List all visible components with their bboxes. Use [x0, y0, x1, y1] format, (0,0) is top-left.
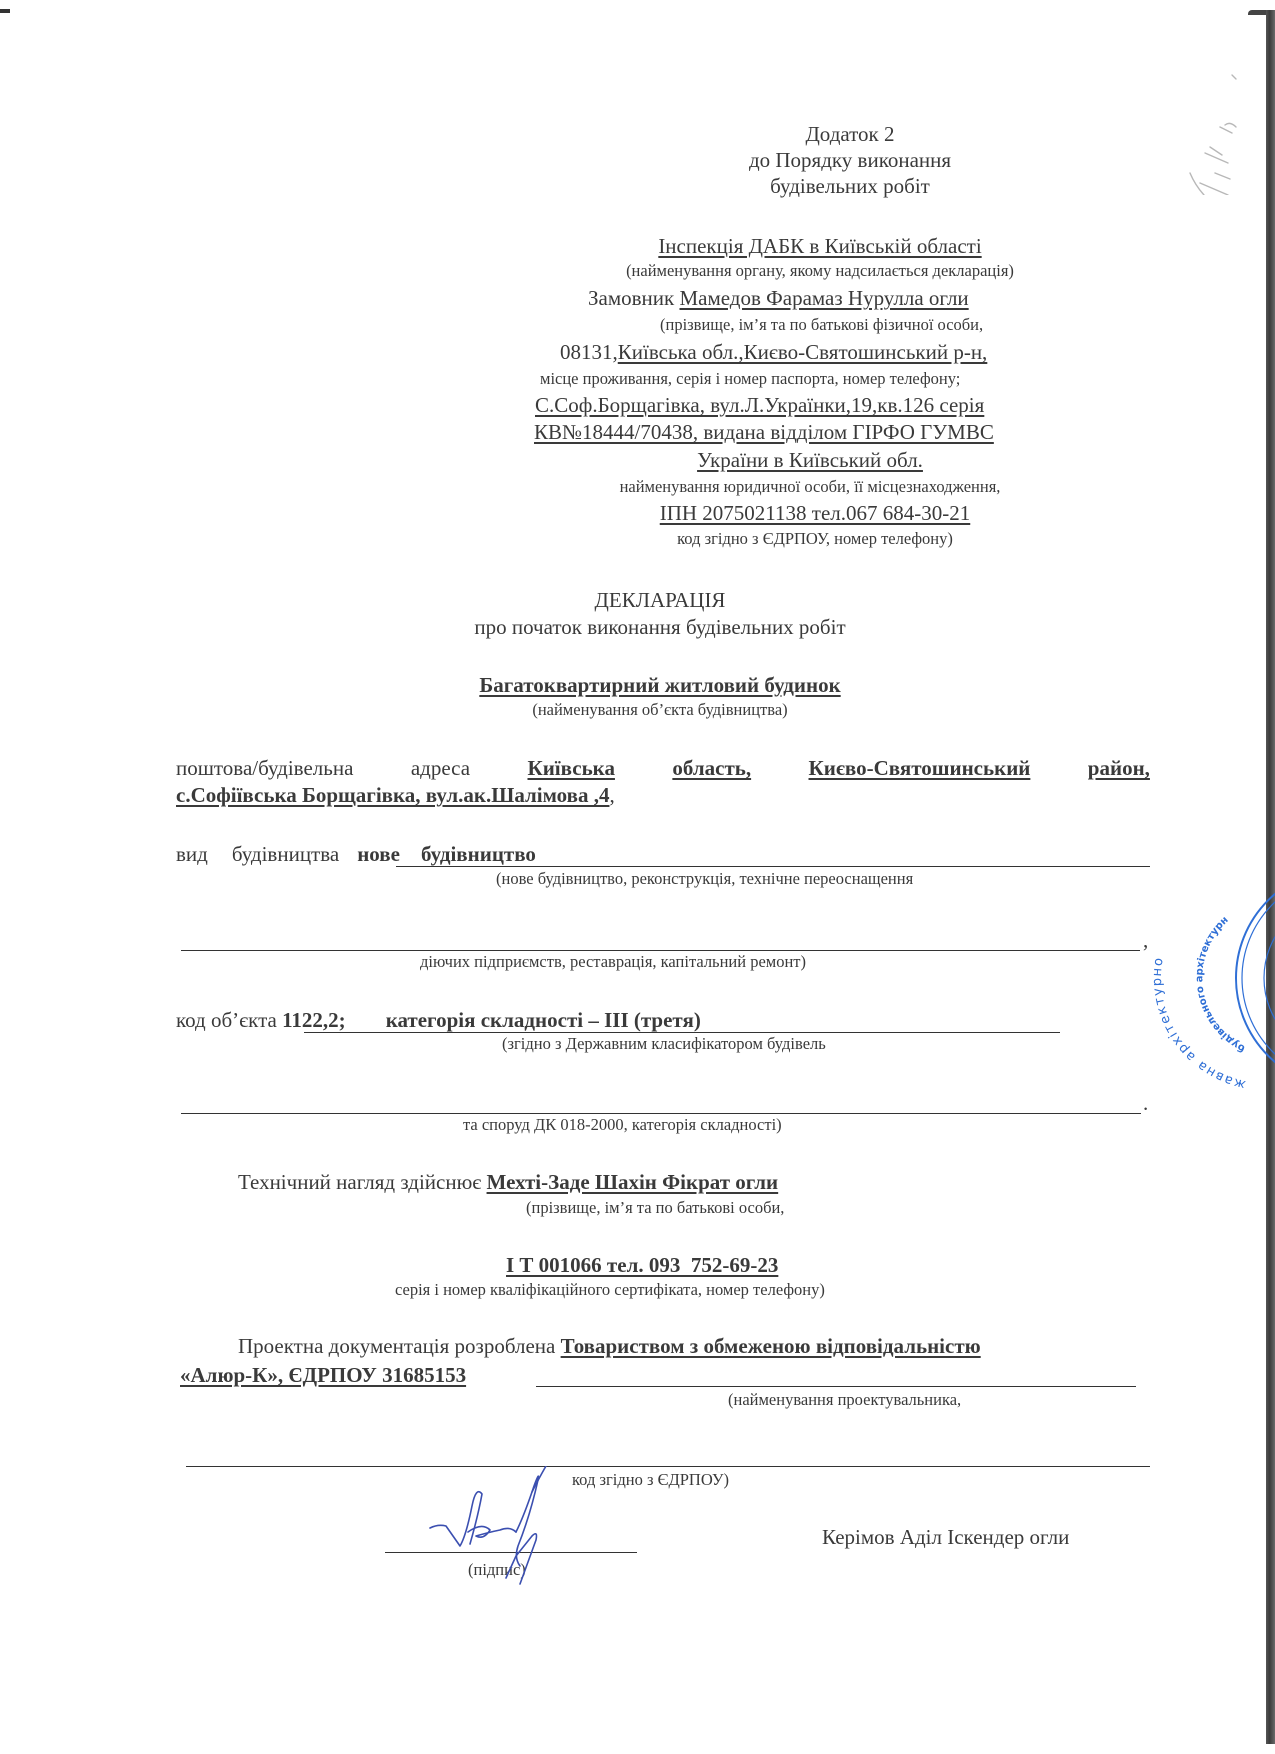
object-name-caption: (найменування об’єкта будівництва) [400, 702, 920, 719]
customer-caption: (прізвище, ім’я та по батькові фізичної … [660, 317, 983, 334]
designer-caption: (найменування проектувальника, [728, 1392, 961, 1409]
construction-type-trailing: , [1143, 930, 1148, 951]
declaration-heading: ДЕКЛАРАЦІЯ [460, 590, 860, 611]
object-code-label: код об’єкта [176, 1008, 277, 1032]
passport-line: КВ№18444/70438, видана відділом ГІРФО ГУ… [534, 422, 994, 443]
supervision-line: Технічний нагляд здійснює Мехті-Заде Шах… [238, 1172, 778, 1193]
address-region-word: область, [672, 758, 751, 779]
object-code-caption1: (згідно з Державним класифікатором будів… [502, 1036, 826, 1053]
passport-issuer: України в Київський обл. [697, 448, 923, 472]
customer-line: Замовник Мамедов Фарамаз Нурулла огли [588, 288, 969, 309]
construction-type-label-word2: будівництва [232, 842, 339, 866]
design-line1: Проектна документація розроблена Товарис… [238, 1336, 981, 1357]
design-rule [536, 1386, 1136, 1387]
svg-text:будівельного архітектурн: будівельного архітектурн [1194, 914, 1247, 1054]
address-label-word2: адреса [411, 758, 470, 779]
design-label: Проектна документація розроблена [238, 1334, 555, 1358]
handwritten-page-mark [1170, 55, 1260, 195]
supervision-name-caption: (прізвище, ім’я та по батькові особи, [526, 1200, 784, 1217]
construction-type-caption1: (нове будівництво, реконструкція, техніч… [496, 871, 913, 888]
customer-address-line2: С.Соф.Борщагівка, вул.Л.Українки,19,кв.1… [535, 395, 984, 416]
tax-phone: ІПН 2075021138 тел.067 684-30-21 [660, 501, 971, 525]
construction-type-line: видбудівництванове будівництво [176, 844, 536, 865]
construction-type-caption2: діючих підприємств, реставрація, капітал… [420, 954, 806, 971]
supervision-name: Мехті-Заде Шахін Фікрат огли [487, 1170, 779, 1194]
appendix-title: Додаток 2 [700, 124, 1000, 145]
object-code-rule [304, 1032, 1060, 1033]
passport-issuer-line: України в Київський обл. [580, 450, 1040, 471]
designer-name-line2: «Алюр-К», ЄДРПОУ 31685153 [180, 1363, 466, 1387]
declaration-subheading: про початок виконання будівельних робіт [400, 617, 920, 638]
customer-label: Замовник [588, 286, 674, 310]
address-line1: Київська обл.,Києво-Святошинський р-н, [618, 340, 988, 364]
passport-number: КВ№18444/70438, видана відділом ГІРФО ГУ… [534, 420, 994, 444]
authority-name-value: Інспекція ДАБК в Київській області [658, 234, 981, 258]
object-name: Багатоквартирний житловий будинок [479, 673, 840, 697]
address-label-word1: поштова/будівельна [176, 758, 353, 779]
scan-edge-mark [0, 9, 10, 13]
tax-phone-line: ІПН 2075021138 тел.067 684-30-21 [560, 503, 1070, 524]
official-stamp: жавна архітектурно будівельного архітект… [1186, 868, 1275, 1088]
tax-caption: код згідно з ЄДРПОУ, номер телефону) [560, 531, 1070, 548]
address-district: Києво-Святошинський [809, 758, 1031, 779]
object-address-line1: поштова/будівельна адреса Київська облас… [176, 758, 1150, 779]
construction-type-value: нове будівництво [357, 842, 536, 866]
handwritten-signature [420, 1466, 610, 1596]
construction-type-label-word1: вид [176, 842, 208, 866]
designer-name-line1: Товариством з обмеженою відповідальністю [561, 1334, 981, 1358]
address-comma: , [609, 783, 614, 807]
design-line2: «Алюр-К», ЄДРПОУ 31685153 [180, 1365, 466, 1386]
address-village-street: с.Софіївська Борщагівка, вул.ак.Шалімова… [176, 783, 609, 807]
construction-type-rule [396, 866, 1150, 867]
object-code-caption2: та споруд ДК 018-2000, категорія складно… [463, 1117, 782, 1134]
postcode: 08131, [560, 340, 618, 364]
supervision-certificate-caption: серія і номер кваліфікаційного сертифіка… [395, 1282, 825, 1299]
authority-caption: (найменування органу, якому надсилається… [520, 263, 1120, 280]
appendix-subtitle-line1: до Порядку виконання [650, 150, 1050, 171]
supervision-certificate: І Т 001066 тел. 093 752-69-23 [506, 1253, 778, 1277]
object-code-rule2 [181, 1113, 1141, 1114]
authority-name: Інспекція ДАБК в Київській області [540, 236, 1100, 257]
legal-caption: найменування юридичної особи, її місцезн… [530, 479, 1090, 496]
construction-type-rule2 [181, 950, 1140, 951]
customer-address-line1: 08131,Київська обл.,Києво-Святошинський … [560, 342, 987, 363]
signer-name: Керімов Аділ Іскендер огли [822, 1527, 1069, 1548]
object-address-line2: с.Софіївська Борщагівка, вул.ак.Шалімова… [176, 785, 615, 806]
supervision-label: Технічний нагляд здійснює [238, 1170, 481, 1194]
object-code-line: код об’єкта 1122,2;категорія складності … [176, 1010, 701, 1031]
address-region: Київська [527, 758, 614, 779]
stamp-inner-text: будівельного архітектурн [1194, 914, 1247, 1054]
supervision-certificate-line: І Т 001066 тел. 093 752-69-23 [506, 1255, 778, 1276]
customer-name: Мамедов Фарамаз Нурулла огли [679, 286, 968, 310]
appendix-subtitle-line2: будівельних робіт [650, 176, 1050, 197]
address-district-word: район, [1088, 758, 1150, 779]
address-caption: місце проживання, серія і номер паспорта… [540, 371, 960, 388]
complexity-category: категорія складності – ІІІ (третя) [386, 1008, 701, 1032]
address-line2: С.Соф.Борщагівка, вул.Л.Українки,19,кв.1… [535, 393, 984, 417]
design-code-rule [186, 1466, 1150, 1467]
object-code-value: 1122,2; [282, 1008, 346, 1032]
object-name-line: Багатоквартирний житловий будинок [400, 675, 920, 696]
object-code-trailing: . [1143, 1093, 1148, 1114]
